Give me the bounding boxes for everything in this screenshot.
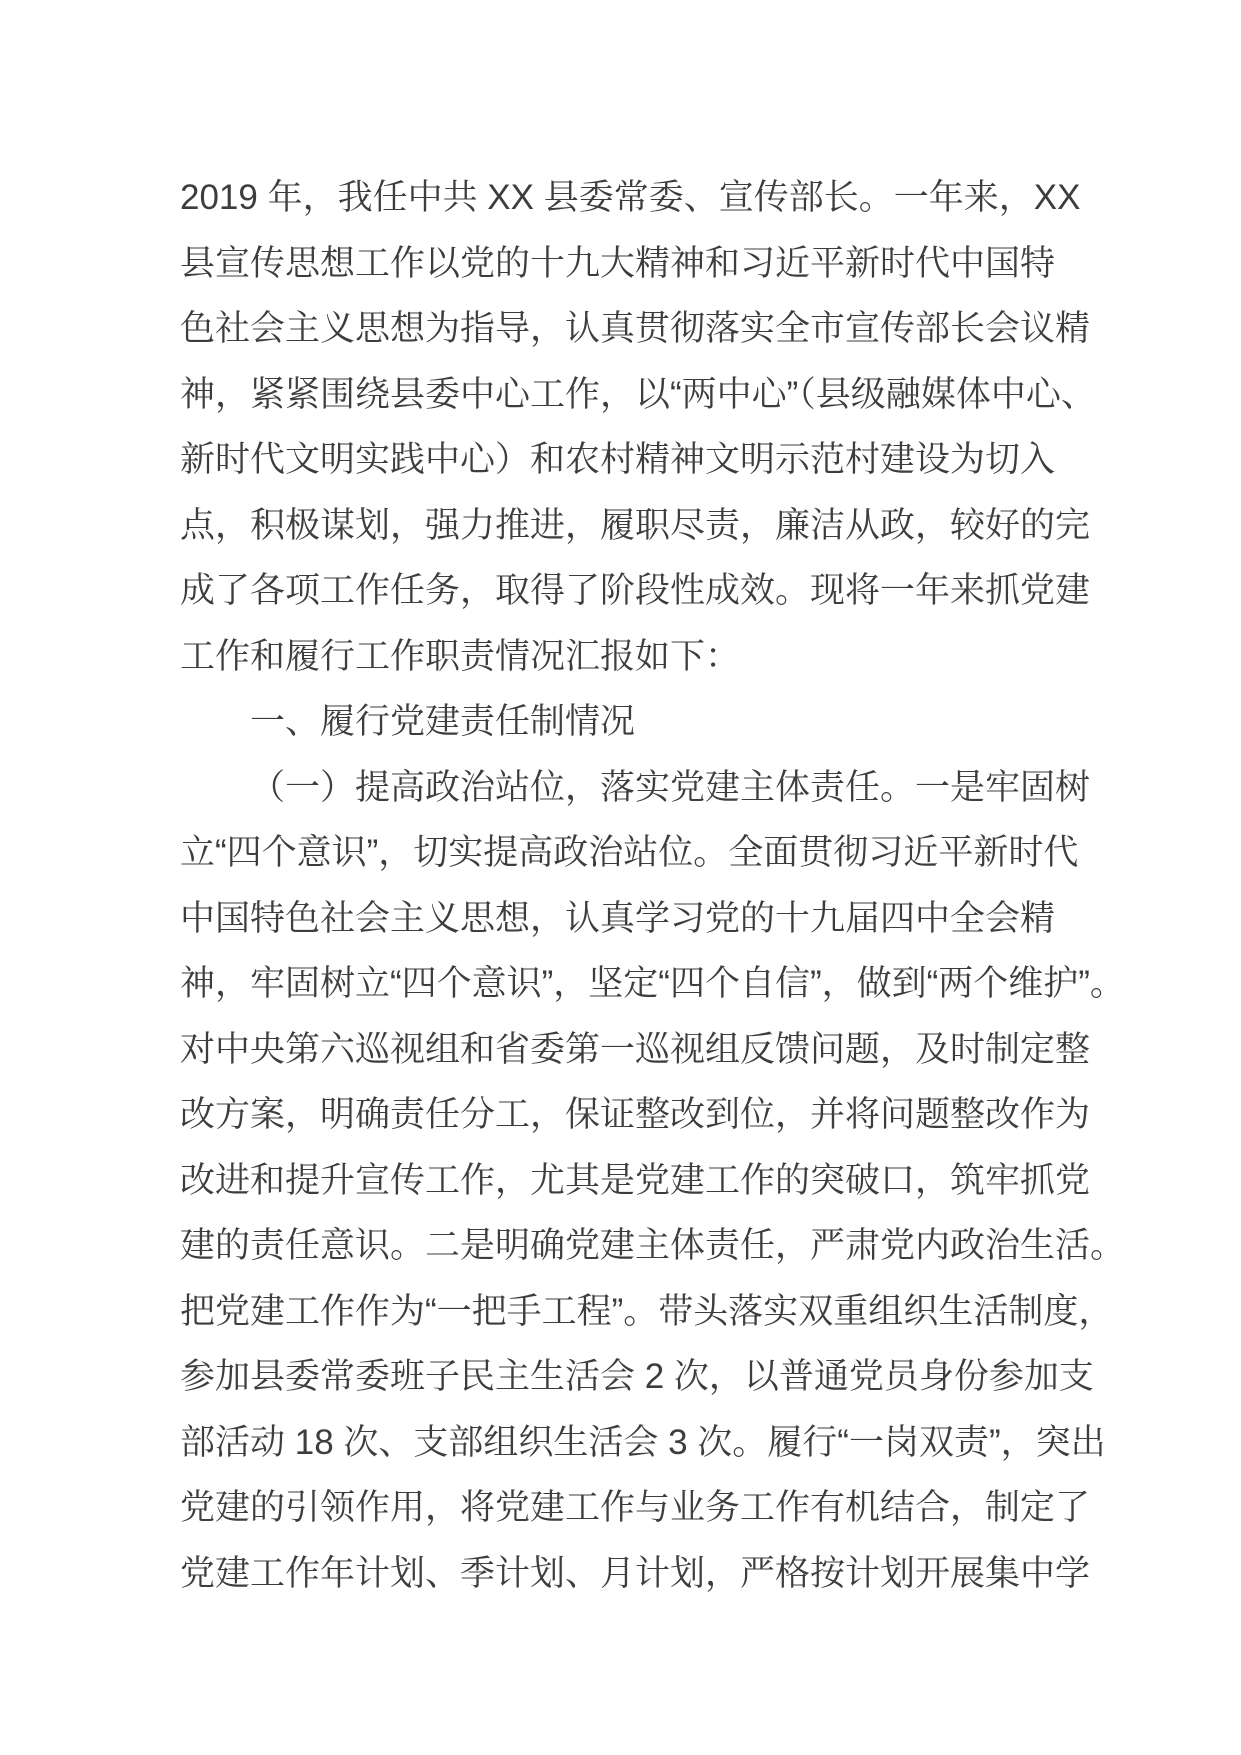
document-page: 2019 年，我任中共 XX 县委常委、宣传部长。一年来，XX 县宣传思想工作以…	[0, 0, 1241, 1755]
text-line: 色社会主义思想为指导，认真贯彻落实全市宣传部长会议精	[180, 296, 1100, 362]
text-line: 把党建工作作为“一把手工程”。带头落实双重组织生活制度，	[180, 1279, 1100, 1345]
text-line: 党建的引领作用，将党建工作与业务工作有机结合，制定了	[180, 1475, 1100, 1541]
text-line: 参加县委常委班子民主生活会 2 次，以普通党员身份参加支	[180, 1344, 1100, 1410]
text-line: 神，牢固树立“四个意识”，坚定“四个自信”，做到“两个维护”。	[180, 951, 1100, 1017]
text-line: 神，紧紧围绕县委中心工作，以“两中心”（县级融媒体中心、	[180, 362, 1100, 428]
document-body: 2019 年，我任中共 XX 县委常委、宣传部长。一年来，XX 县宣传思想工作以…	[180, 165, 1100, 1606]
text-line: 改进和提升宣传工作，尤其是党建工作的突破口，筑牢抓党	[180, 1148, 1100, 1214]
text-line: 部活动 18 次、支部组织生活会 3 次。履行“一岗双责”，突出	[180, 1410, 1100, 1476]
text-line: 中国特色社会主义思想，认真学习党的十九届四中全会精	[180, 886, 1100, 952]
text-line: 县宣传思想工作以党的十九大精神和习近平新时代中国特	[180, 231, 1100, 297]
text-line: 改方案，明确责任分工，保证整改到位，并将问题整改作为	[180, 1082, 1100, 1148]
section-heading: 一、履行党建责任制情况	[180, 689, 1100, 755]
text-line: 对中央第六巡视组和省委第一巡视组反馈问题，及时制定整	[180, 1017, 1100, 1083]
text-line: 成了各项工作任务，取得了阶段性成效。现将一年来抓党建	[180, 558, 1100, 624]
text-line: 党建工作年计划、季计划、月计划，严格按计划开展集中学	[180, 1541, 1100, 1607]
text-line: （一）提高政治站位，落实党建主体责任。一是牢固树	[180, 755, 1100, 821]
text-line: 工作和履行工作职责情况汇报如下：	[180, 624, 1100, 690]
text-line: 2019 年，我任中共 XX 县委常委、宣传部长。一年来，XX	[180, 165, 1100, 231]
text-line: 点，积极谋划，强力推进，履职尽责，廉洁从政，较好的完	[180, 493, 1100, 559]
text-line: 建的责任意识。二是明确党建主体责任，严肃党内政治生活。	[180, 1213, 1100, 1279]
text-line: 新时代文明实践中心）和农村精神文明示范村建设为切入	[180, 427, 1100, 493]
text-line: 立“四个意识”，切实提高政治站位。全面贯彻习近平新时代	[180, 820, 1100, 886]
